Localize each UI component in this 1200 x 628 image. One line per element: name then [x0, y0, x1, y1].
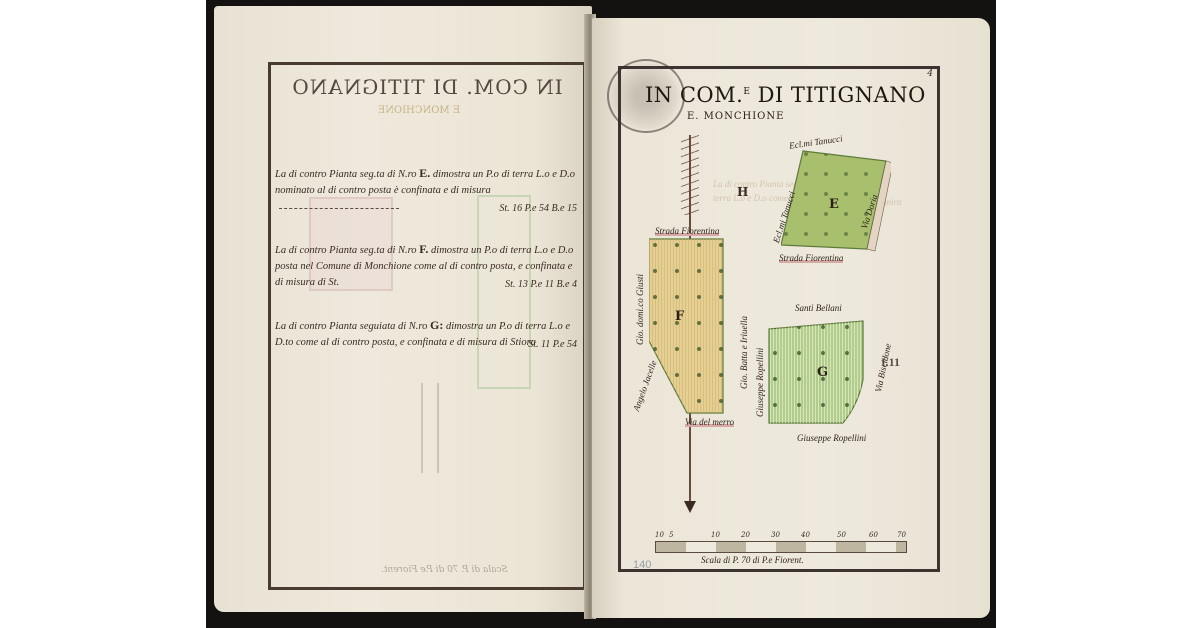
leader-line: [279, 208, 399, 209]
label-giuseppe-left: Giuseppe Ropellini: [755, 348, 765, 417]
entry-letter: G:: [430, 318, 443, 332]
ghost-north-arrow: [421, 383, 439, 473]
parcel-f: [649, 237, 729, 419]
entry-letter: F.: [419, 242, 428, 256]
scale-tick: 10: [655, 531, 664, 539]
entry-parcel-g: La di contro Pianta seguiata di N.ro G: …: [275, 317, 583, 351]
entry-letter: E.: [419, 166, 430, 180]
map-frame: IN COM.E DI TITIGNANO E. MONCHIONE 4 La …: [618, 66, 940, 572]
scale-tick: 30: [771, 531, 780, 539]
open-manuscript: IN COM. DI TITIGNANO E MONCHIONE La di c…: [206, 0, 996, 628]
map-subtitle: E. MONCHIONE: [687, 111, 784, 122]
parcel-f-letter: F: [675, 309, 684, 324]
scale-tick: 70: [897, 531, 906, 539]
entry-text: La di contro Pianta seg.ta di N.ro: [275, 245, 417, 256]
scale-tick: 60: [869, 531, 878, 539]
scale-tick: 50: [837, 531, 846, 539]
title-part: IN COM.: [645, 83, 743, 107]
entry-amount: St. 11 P.e 54: [528, 337, 577, 353]
scale-tick: 20: [741, 531, 750, 539]
entry-amount: St. 13 P.e 11 B.e 4: [505, 277, 577, 293]
north-arrow-head-icon: [684, 501, 696, 513]
ghost-scale-caption: Scala di P. 70 di P.e Fiorent.: [381, 565, 508, 575]
scale-tick: 5: [669, 531, 673, 539]
parcel-g-letter: G: [817, 365, 828, 380]
parcel-e-letter: E: [829, 197, 839, 212]
page-marker: 4: [927, 69, 933, 79]
mirrored-subtitle-bleedthrough: E MONCHIONE: [271, 105, 567, 116]
marker-h: H: [737, 185, 748, 199]
left-page-frame: IN COM. DI TITIGNANO E MONCHIONE La di c…: [268, 62, 586, 590]
entry-amount: St. 16 P.e 54 B.e 15: [499, 201, 577, 217]
entry-text: La di contro Pianta seguiata di N.ro: [275, 321, 427, 332]
bleedthrough-text: I.11: [881, 355, 900, 370]
label-gio-giusti: Gio. domi.co Giusti: [635, 274, 645, 345]
road-strada-fiorentina: Strada Fiorentina: [655, 226, 719, 236]
title-part: DI TITIGNANO: [750, 83, 926, 107]
left-page: IN COM. DI TITIGNANO E MONCHIONE La di c…: [214, 6, 592, 612]
scale-bar: [655, 541, 907, 553]
scale-tick: 40: [801, 531, 810, 539]
scale-tick: 10: [711, 531, 720, 539]
entry-parcel-e: La di contro Pianta seg.ta di N.ro E. di…: [275, 165, 583, 215]
map-title: IN COM.E DI TITIGNANO: [645, 83, 926, 107]
label-giuseppe-bottom: Giuseppe Ropellini: [797, 433, 866, 443]
road-strada-fiorentina: Strada Fiorentina: [779, 253, 843, 263]
label-gio-batta: Gio. Batta e Iriuella: [739, 316, 749, 389]
mirrored-title-bleedthrough: IN COM. DI TITIGNANO: [279, 75, 575, 99]
folio-number: 140: [633, 559, 651, 571]
entry-parcel-f: La di contro Pianta seg.ta di N.ro F. di…: [275, 241, 583, 291]
scale-caption: Scala di P. 70 di P.e Fiorent.: [701, 555, 804, 565]
entry-text: La di contro Pianta seg.ta di N.ro: [275, 169, 417, 180]
road-via-del-merro: Via del merro: [685, 417, 734, 427]
right-page: IN COM.E DI TITIGNANO E. MONCHIONE 4 La …: [592, 18, 990, 618]
label-santi-bellani: Santi Bellani: [795, 303, 842, 313]
